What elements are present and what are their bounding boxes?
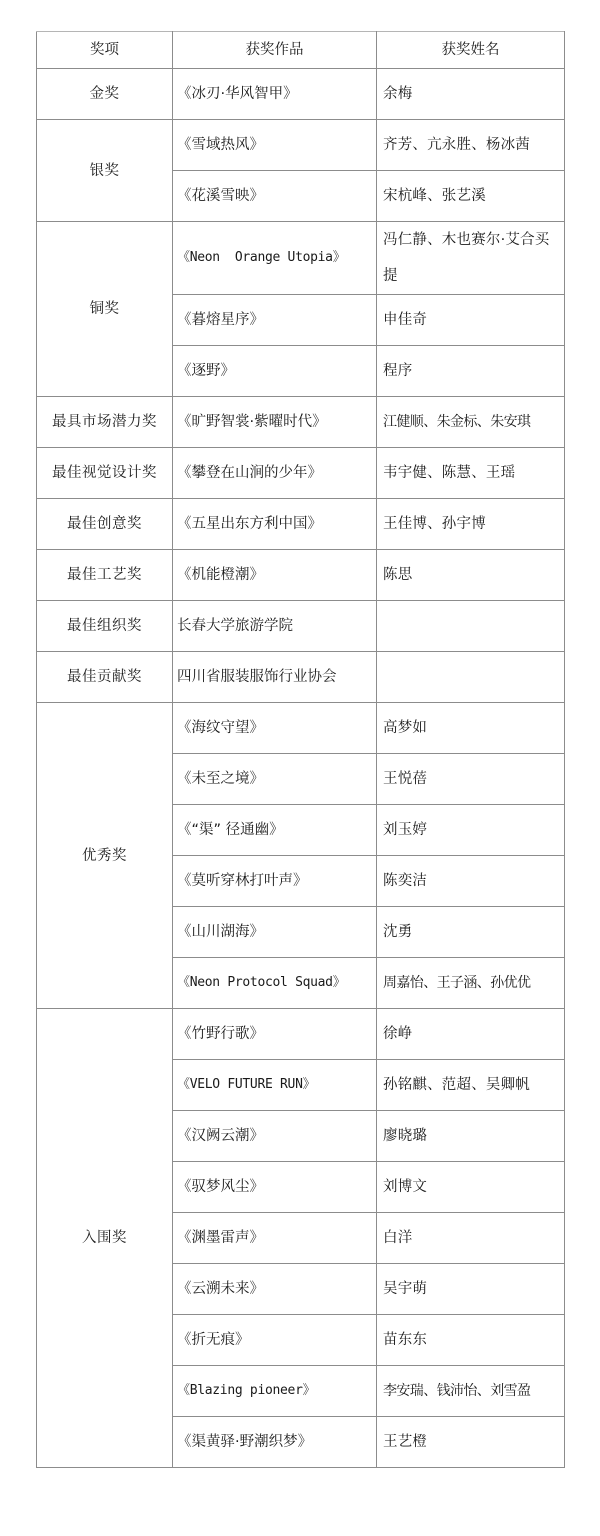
award-category: 金奖: [37, 69, 173, 120]
award-work: 《“渠” 径通幽》: [173, 805, 377, 856]
table-row: 最佳组织奖 长春大学旅游学院: [37, 601, 565, 652]
award-names: 吴宇萌: [377, 1264, 565, 1315]
award-category: 银奖: [37, 120, 173, 222]
award-work: 四川省服装服饰行业协会: [173, 652, 377, 703]
award-work: 《云溯未来》: [173, 1264, 377, 1315]
table-row: 金奖 《冰刃·华风智甲》 余梅: [37, 69, 565, 120]
award-work: 《渠黄驿·野潮织梦》: [173, 1417, 377, 1468]
award-names: 陈思: [377, 550, 565, 601]
award-work: 《逐野》: [173, 346, 377, 397]
award-names: 刘博文: [377, 1162, 565, 1213]
award-category: 入围奖: [37, 1009, 173, 1468]
award-work: 《旷野智裳·紫曜时代》: [173, 397, 377, 448]
table-row: 入围奖 《竹野行歌》 徐峥: [37, 1009, 565, 1060]
award-names: 王佳博、孙宇博: [377, 499, 565, 550]
award-work: 《花溪雪映》: [173, 171, 377, 222]
awards-table: 奖项 获奖作品 获奖姓名 金奖 《冰刃·华风智甲》 余梅 银奖 《雪域热风》 齐…: [36, 31, 565, 1468]
award-names: 周嘉怡、王子涵、孙优优: [377, 958, 565, 1009]
award-category: 最佳组织奖: [37, 601, 173, 652]
header-award: 奖项: [37, 32, 173, 69]
award-work: 长春大学旅游学院: [173, 601, 377, 652]
table-row: 最佳创意奖 《五星出东方利中国》 王佳博、孙宇博: [37, 499, 565, 550]
award-work: 《五星出东方利中国》: [173, 499, 377, 550]
award-names: 王艺橙: [377, 1417, 565, 1468]
award-work: 《Blazing pioneer》: [173, 1366, 377, 1417]
award-names: 陈奕洁: [377, 856, 565, 907]
header-names: 获奖姓名: [377, 32, 565, 69]
award-work: 《海纹守望》: [173, 703, 377, 754]
award-category: 最佳贡献奖: [37, 652, 173, 703]
award-work: 《未至之境》: [173, 754, 377, 805]
award-names: [377, 652, 565, 703]
award-names: 廖晓璐: [377, 1111, 565, 1162]
award-work: 《竹野行歌》: [173, 1009, 377, 1060]
table-row: 最佳贡献奖 四川省服装服饰行业协会: [37, 652, 565, 703]
award-category: 最佳创意奖: [37, 499, 173, 550]
award-work: 《驭梦风尘》: [173, 1162, 377, 1213]
award-names: 高梦如: [377, 703, 565, 754]
award-names: 申佳奇: [377, 295, 565, 346]
award-names: 余梅: [377, 69, 565, 120]
award-names: [377, 601, 565, 652]
award-work: 《攀登在山涧的少年》: [173, 448, 377, 499]
table-row: 优秀奖 《海纹守望》 高梦如: [37, 703, 565, 754]
award-category: 最佳工艺奖: [37, 550, 173, 601]
award-names: 徐峥: [377, 1009, 565, 1060]
table-row: 最具市场潜力奖 《旷野智裳·紫曜时代》 江健顺、朱金标、朱安琪: [37, 397, 565, 448]
award-work: 《莫听穿林打叶声》: [173, 856, 377, 907]
award-names: 韦宇健、陈慧、王瑶: [377, 448, 565, 499]
award-work: 《折无痕》: [173, 1315, 377, 1366]
table-row: 铜奖 《Neon Orange Utopia》 冯仁静、木也赛尔·艾合买提: [37, 222, 565, 295]
award-category: 最佳视觉设计奖: [37, 448, 173, 499]
award-work: 《Neon Protocol Squad》: [173, 958, 377, 1009]
award-names: 齐芳、亢永胜、杨冰茜: [377, 120, 565, 171]
award-work: 《汉阙云潮》: [173, 1111, 377, 1162]
award-work: 《机能橙潮》: [173, 550, 377, 601]
award-names: 冯仁静、木也赛尔·艾合买提: [377, 222, 565, 295]
award-names: 沈勇: [377, 907, 565, 958]
award-work: 《山川湖海》: [173, 907, 377, 958]
award-work: 《渊墨雷声》: [173, 1213, 377, 1264]
award-names: 白洋: [377, 1213, 565, 1264]
award-names: 程序: [377, 346, 565, 397]
header-row: 奖项 获奖作品 获奖姓名: [37, 32, 565, 69]
award-category: 最具市场潜力奖: [37, 397, 173, 448]
table-row: 最佳工艺奖 《机能橙潮》 陈思: [37, 550, 565, 601]
award-names: 李安瑞、钱沛怡、刘雪盈: [377, 1366, 565, 1417]
award-names: 苗东东: [377, 1315, 565, 1366]
award-names: 江健顺、朱金标、朱安琪: [377, 397, 565, 448]
award-names: 宋杭峰、张艺溪: [377, 171, 565, 222]
award-work: 《Neon Orange Utopia》: [173, 222, 377, 295]
award-work: 《VELO FUTURE RUN》: [173, 1060, 377, 1111]
table-row: 最佳视觉设计奖 《攀登在山涧的少年》 韦宇健、陈慧、王瑶: [37, 448, 565, 499]
award-names: 孙铭麒、范超、吴卿帆: [377, 1060, 565, 1111]
award-work: 《冰刃·华风智甲》: [173, 69, 377, 120]
award-names: 刘玉婷: [377, 805, 565, 856]
award-category: 优秀奖: [37, 703, 173, 1009]
award-work: 《暮熔星序》: [173, 295, 377, 346]
header-work: 获奖作品: [173, 32, 377, 69]
award-category: 铜奖: [37, 222, 173, 397]
award-work: 《雪域热风》: [173, 120, 377, 171]
table-row: 银奖 《雪域热风》 齐芳、亢永胜、杨冰茜: [37, 120, 565, 171]
award-names: 王悦蓓: [377, 754, 565, 805]
